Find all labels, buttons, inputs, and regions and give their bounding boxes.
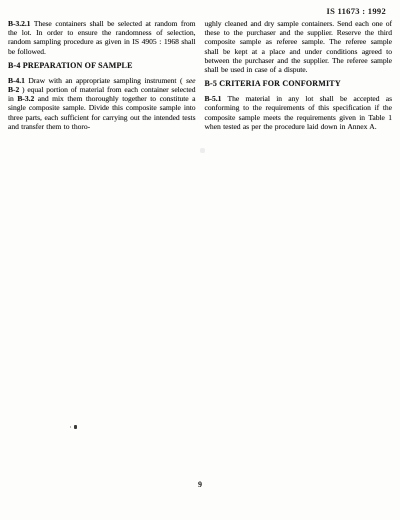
heading-b-5-criteria-for-conformity: B-5 CRITERIA FOR CONFORMITY	[205, 79, 393, 88]
heading-b-4-preparation-of-sample: B-4 PREPARATION OF SAMPLE	[8, 61, 196, 70]
left-column: B-3.2.1 These containers shall be select…	[8, 19, 196, 136]
right-column: ughly cleaned and dry sample containers.…	[205, 19, 393, 136]
scan-speck-faint-artifact	[200, 148, 205, 153]
scan-speck-artifact	[74, 425, 77, 429]
document-page: IS 11673 : 1992 B-3.2.1 These containers…	[0, 0, 400, 520]
page-number: 9	[0, 480, 400, 489]
two-column-layout: B-3.2.1 These containers shall be select…	[8, 19, 392, 136]
paragraph-b-5-1: B-5.1 The material in any lot shall be a…	[205, 94, 393, 131]
paragraph-b-4-1: B-4.1 Draw with an appropriate sampling …	[8, 76, 196, 131]
paragraph-b-3-2-1: B-3.2.1 These containers shall be select…	[8, 19, 196, 56]
document-reference: IS 11673 : 1992	[326, 6, 386, 16]
paragraph-continuation: ughly cleaned and dry sample containers.…	[205, 19, 393, 74]
